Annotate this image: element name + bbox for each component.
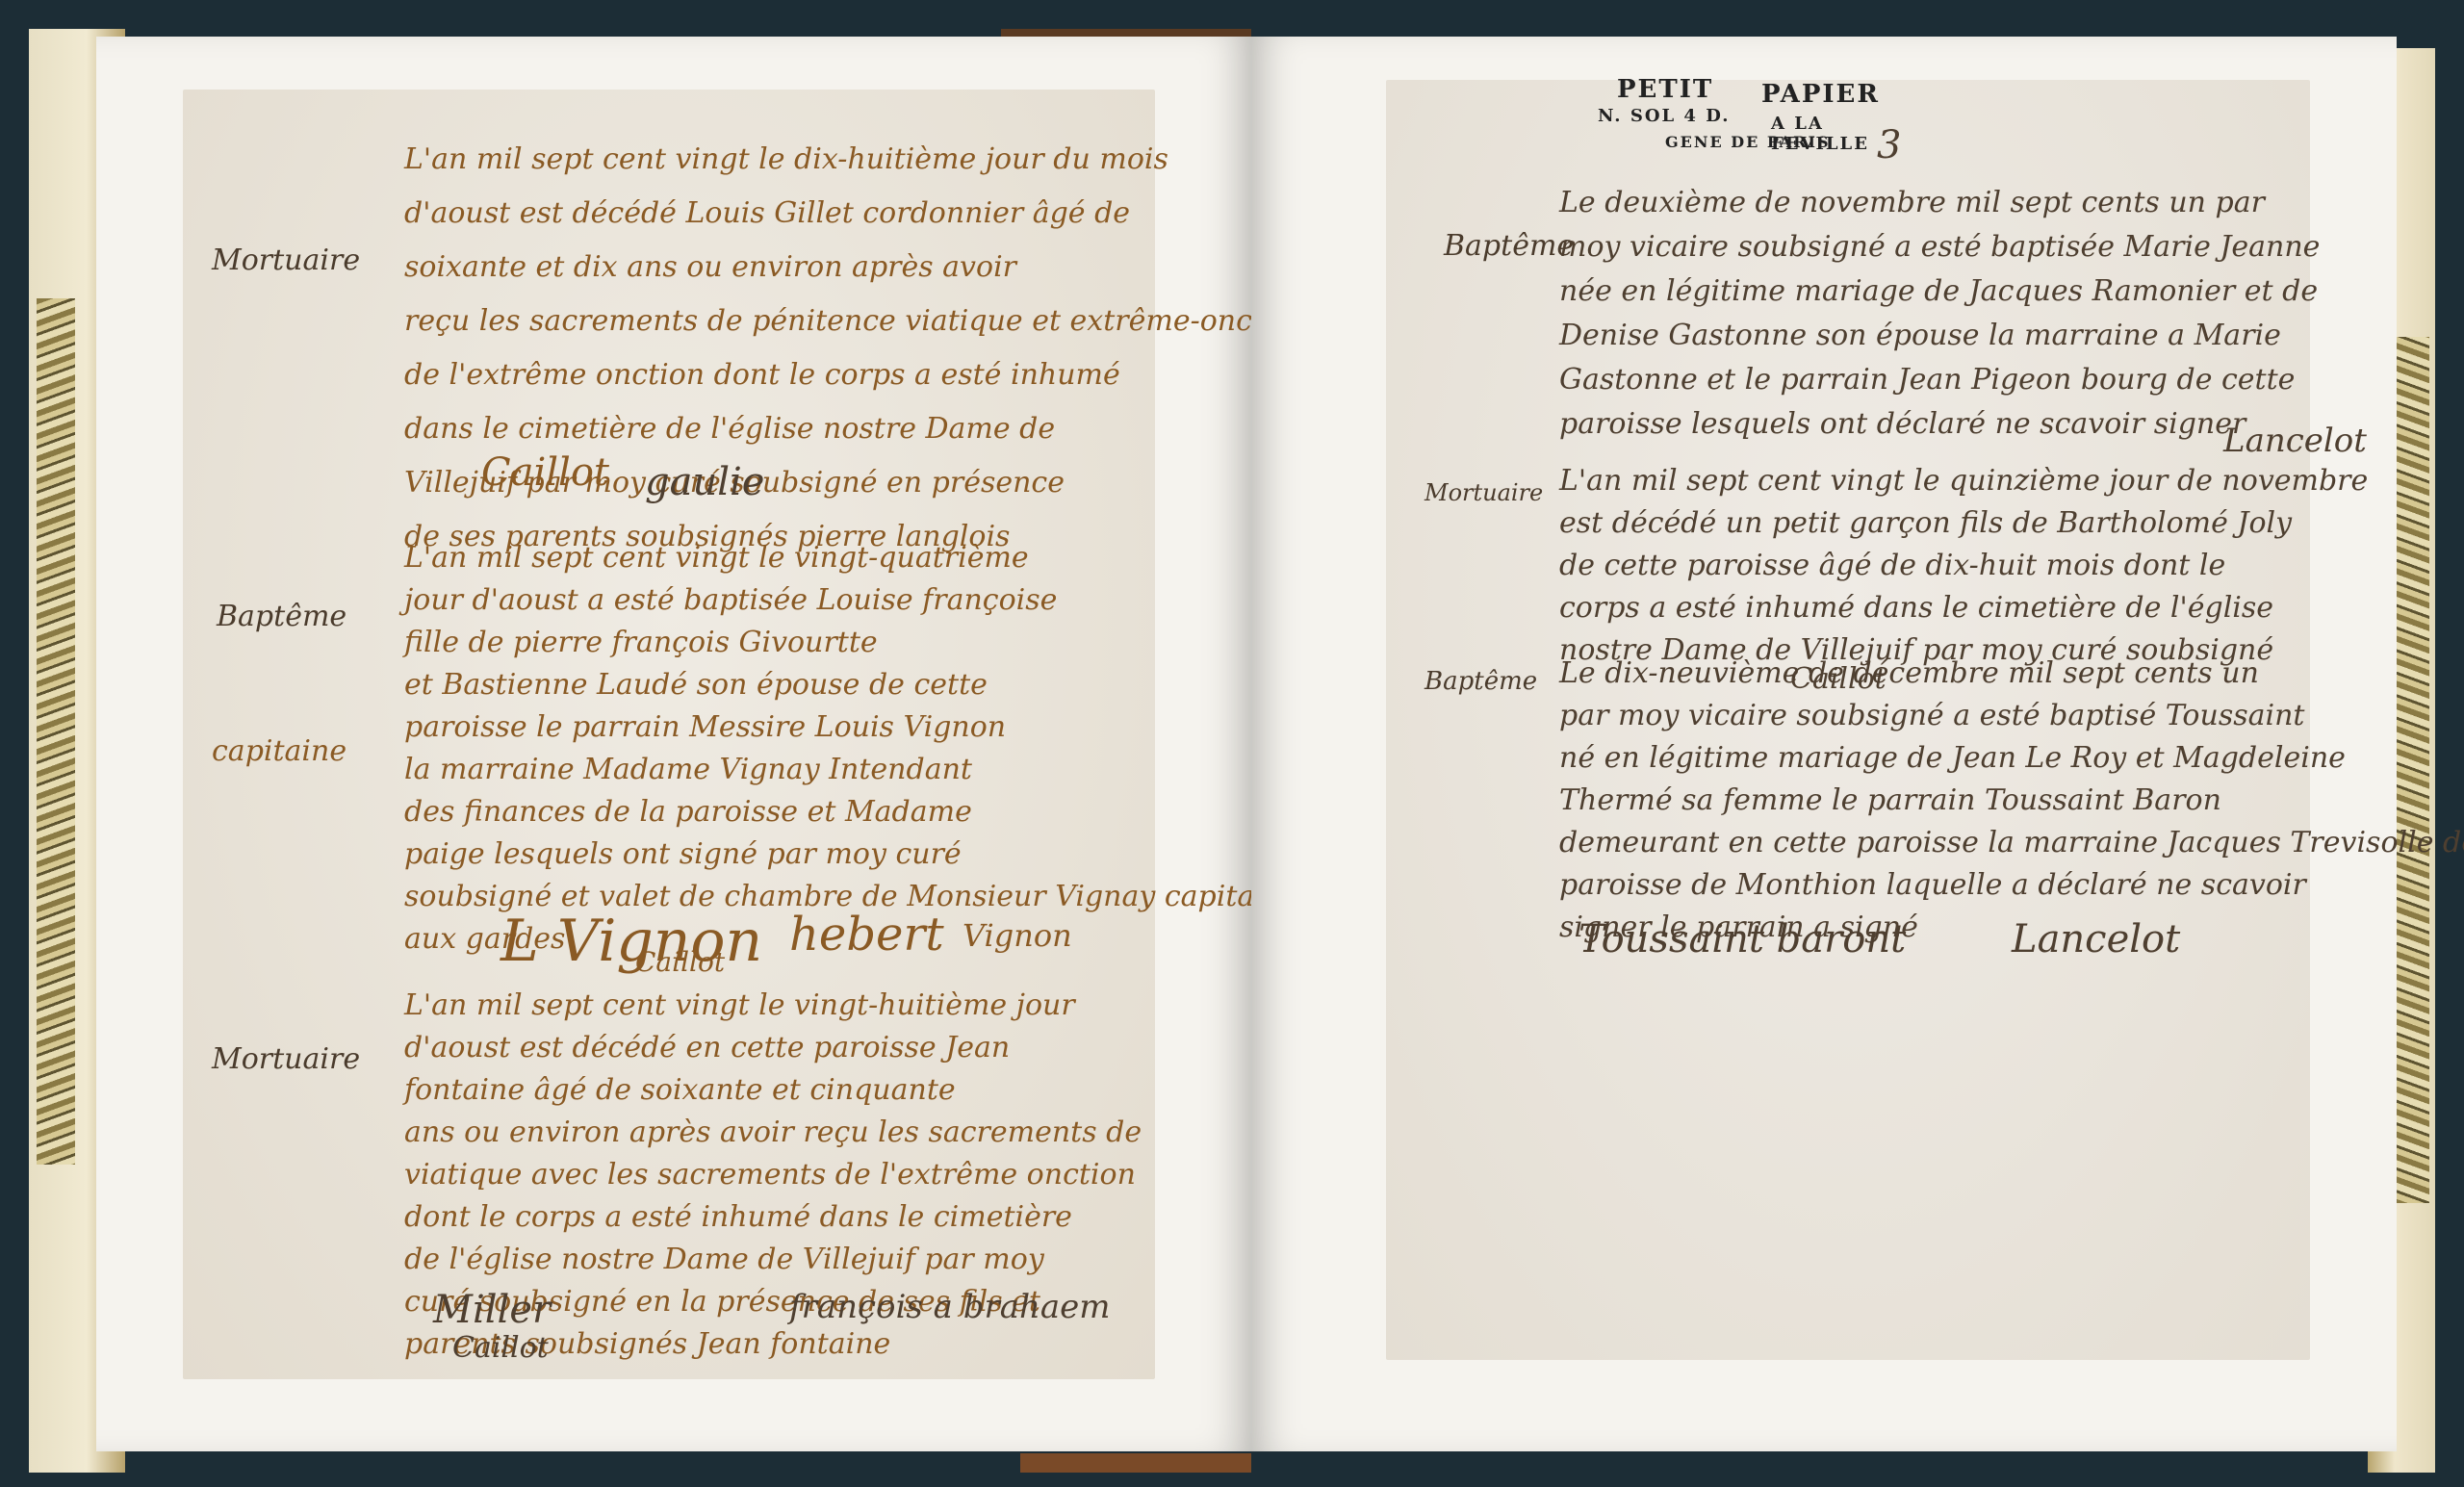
spine-leather-bottom: [1020, 1453, 1251, 1473]
text-line: paige lesquels ont signé par moy curé: [404, 833, 1299, 876]
stamp-text: N. SOL 4 D.: [1598, 106, 1730, 126]
text-line: est décédé un petit garçon fils de Barth…: [1559, 502, 2368, 545]
text-line: L'an mil sept cent vingt le vingt-huitiè…: [404, 985, 1142, 1027]
text-line: dans le cimetière de l'église nostre Dam…: [404, 402, 1309, 456]
signature: Caillot: [452, 1331, 549, 1365]
entry-baptism-record-3: Le dix-neuvième de décembre mil sept cen…: [1559, 653, 2464, 949]
text-line: L'an mil sept cent vingt le quinzième jo…: [1559, 460, 2368, 502]
text-line: moy vicaire soubsigné a esté baptisée Ma…: [1559, 225, 2320, 269]
text-line: dont le corps a esté inhumé dans le cime…: [404, 1196, 1142, 1239]
text-line: reçu les sacrements de pénitence viatiqu…: [404, 295, 1309, 348]
margin-label-capitaine: capitaine: [212, 734, 346, 768]
margin-label-bapteme: Baptême: [1424, 667, 1537, 696]
text-line: d'aoust est décédé en cette paroisse Jea…: [404, 1027, 1142, 1069]
signature: hebert: [789, 908, 944, 961]
signature: Lancelot: [2012, 917, 2180, 961]
text-line: demeurant en cette paroisse la marraine …: [1559, 822, 2464, 864]
text-line: la marraine Madame Vignay Intendant: [404, 749, 1299, 791]
text-line: fontaine âgé de soixante et cinquante: [404, 1069, 1142, 1112]
left-page: Mortuaire L'an mil sept cent vingt le di…: [96, 37, 1251, 1451]
folio-number: 3: [1877, 123, 1901, 167]
signature: Caillot: [481, 450, 609, 495]
text-line: de l'extrême onction dont le corps a est…: [404, 348, 1309, 402]
entry-baptism-record-1: L'an mil sept cent vingt le vingt-quatri…: [404, 537, 1299, 961]
signature: Caillot: [635, 946, 725, 978]
text-line: Le deuxième de novembre mil sept cents u…: [1559, 181, 2320, 225]
stamp-text: A LA FEVILLE: [1771, 114, 1869, 154]
text-line: L'an mil sept cent vingt le vingt-quatri…: [404, 537, 1299, 579]
signature: Vignon: [962, 917, 1072, 954]
entry-death-record-1: L'an mil sept cent vingt le dix-huitième…: [404, 133, 1309, 564]
text-line: et Bastienne Laudé son épouse de cette: [404, 664, 1299, 706]
text-line: de cette paroisse âgé de dix-huit mois d…: [1559, 545, 2368, 587]
signature: françois a brahaem: [789, 1288, 1111, 1326]
text-line: paroisse de Monthion laquelle a déclaré …: [1559, 864, 2464, 907]
tax-stamp-petit-papier: PETIT PAPIER N. SOL 4 D. GENE DE PARIS A…: [1598, 75, 1867, 181]
signature: Miller: [433, 1288, 551, 1332]
margin-label-bapteme: Baptême: [217, 600, 346, 633]
margin-label-mortuaire: Mortuaire: [1424, 479, 1543, 506]
text-line: Denise Gastonne son épouse la marraine a…: [1559, 314, 2320, 358]
text-line: L'an mil sept cent vingt le dix-huitième…: [404, 133, 1309, 187]
text-line: de l'église nostre Dame de Villejuif par…: [404, 1239, 1142, 1281]
signature: gaulie: [645, 460, 764, 504]
entry-baptism-record-2: Le deuxième de novembre mil sept cents u…: [1559, 181, 2320, 447]
text-line: Gastonne et le parrain Jean Pigeon bourg…: [1559, 358, 2320, 402]
text-line: des finances de la paroisse et Madame: [404, 791, 1299, 833]
text-line: corps a esté inhumé dans le cimetière de…: [1559, 587, 2368, 629]
signature: Toussaint baront: [1578, 917, 1906, 961]
text-line: d'aoust est décédé Louis Gillet cordonni…: [404, 187, 1309, 241]
text-line: née en légitime mariage de Jacques Ramon…: [1559, 269, 2320, 314]
signature: Lancelot: [2223, 422, 2367, 460]
text-line: né en légitime mariage de Jean Le Roy et…: [1559, 737, 2464, 780]
marbled-endpaper-left: [37, 298, 75, 1165]
right-page: PETIT PAPIER N. SOL 4 D. GENE DE PARIS A…: [1251, 37, 2397, 1451]
text-line: ans ou environ après avoir reçu les sacr…: [404, 1112, 1142, 1154]
stamp-text: PAPIER: [1761, 80, 1880, 109]
text-line: fille de pierre françois Givourtte: [404, 622, 1299, 664]
stamp-text: PETIT: [1617, 75, 1713, 104]
text-line: par moy vicaire soubsigné a esté baptisé…: [1559, 695, 2464, 737]
text-line: viatique avec les sacrements de l'extrêm…: [404, 1154, 1142, 1196]
text-line: paroisse lesquels ont déclaré ne scavoir…: [1559, 402, 2320, 447]
margin-label-bapteme: Baptême: [1444, 229, 1574, 263]
entry-death-record-3: L'an mil sept cent vingt le quinzième jo…: [1559, 460, 2368, 672]
text-line: paroisse le parrain Messire Louis Vignon: [404, 706, 1299, 749]
text-line: Le dix-neuvième de décembre mil sept cen…: [1559, 653, 2464, 695]
text-line: Thermé sa femme le parrain Toussaint Bar…: [1559, 780, 2464, 822]
margin-label-mortuaire: Mortuaire: [212, 244, 360, 277]
margin-label-mortuaire: Mortuaire: [212, 1042, 360, 1076]
open-book: Mortuaire L'an mil sept cent vingt le di…: [29, 29, 2435, 1473]
text-line: jour d'aoust a esté baptisée Louise fran…: [404, 579, 1299, 622]
text-line: soixante et dix ans ou environ après avo…: [404, 241, 1309, 295]
